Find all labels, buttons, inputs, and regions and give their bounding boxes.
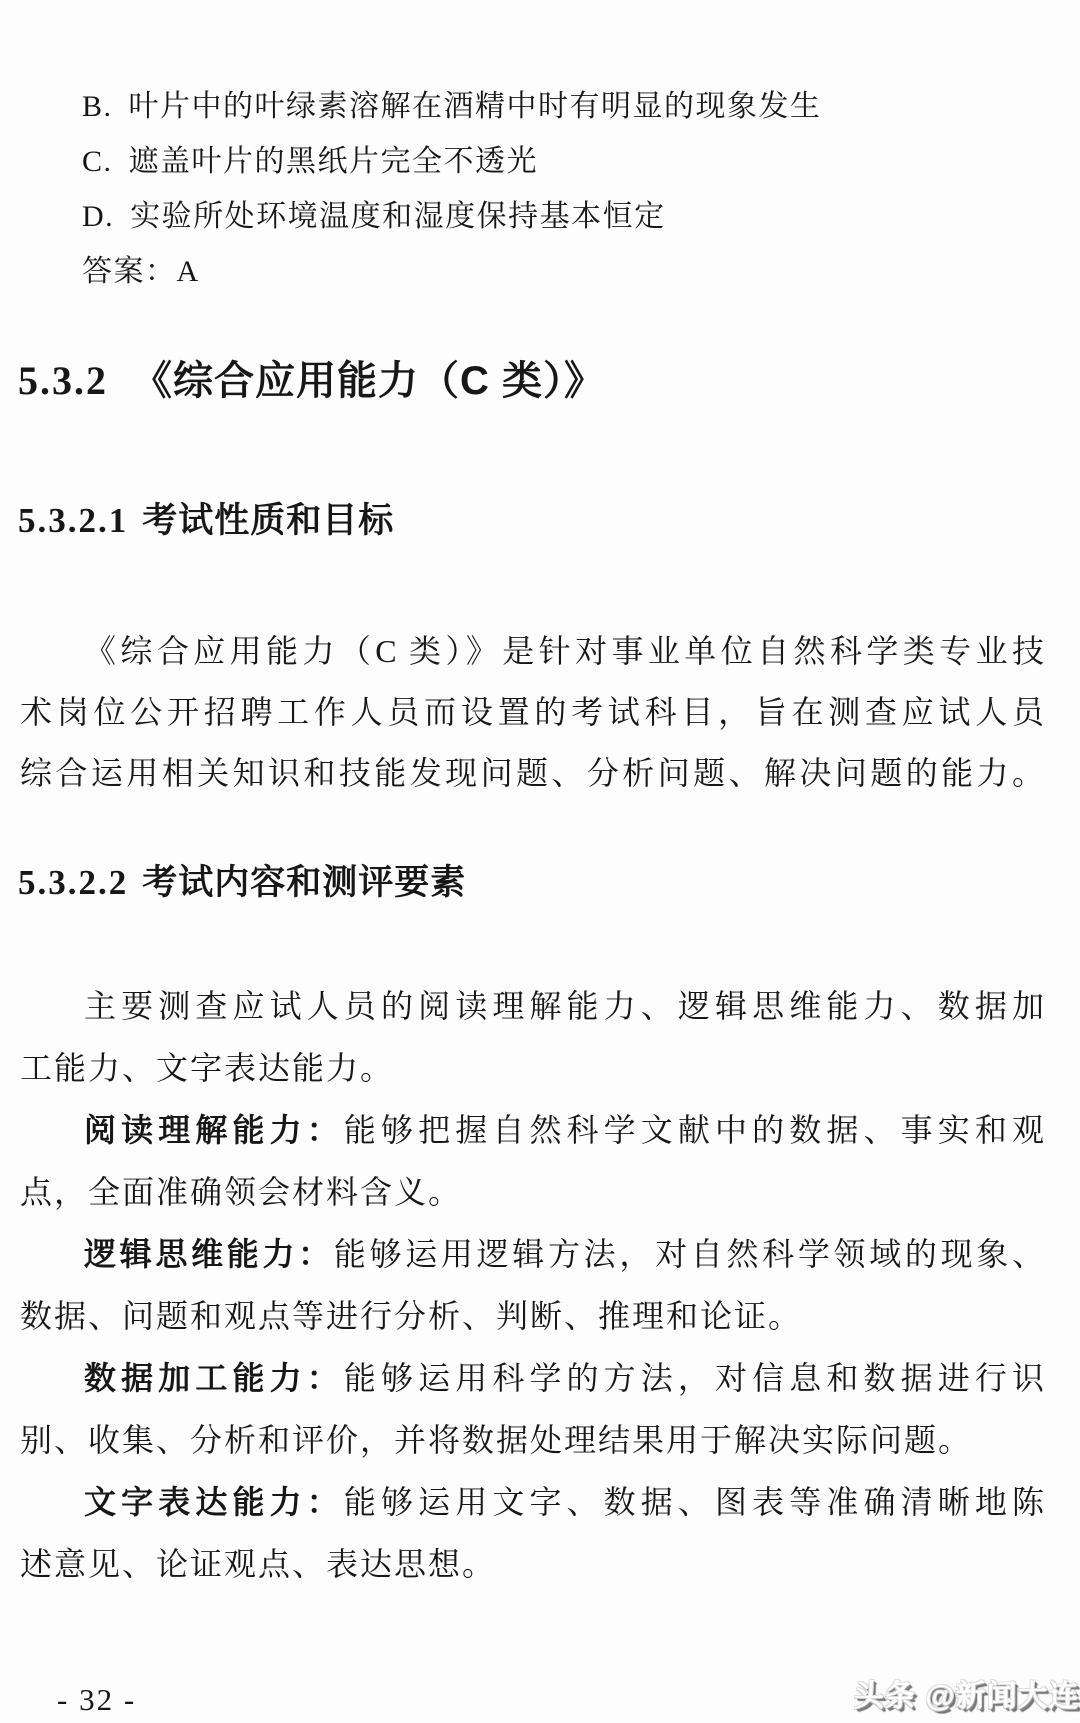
body-text-line: 点，全面准确领会材料含义。 [20, 1161, 1044, 1223]
option-row-b: B.叶片中的叶绿素溶解在酒精中时有明显的现象发生 [82, 79, 1045, 134]
ability-term: 阅读理解能力： [84, 1112, 344, 1148]
ability-term: 数据加工能力： [84, 1360, 344, 1396]
heading-title: 考试内容和测评要素 [142, 863, 466, 902]
body-text-line: 数据加工能力：能够运用科学的方法，对信息和数据进行识 [20, 1347, 1044, 1409]
body-text: 点，全面准确领会材料含义。 [20, 1174, 462, 1210]
option-label: B. [82, 79, 113, 134]
body-text-line: 文字表达能力：能够运用文字、数据、图表等准确清晰地陈 [20, 1471, 1044, 1533]
option-row-c: C.遮盖叶片的黑纸片完全不透光 [82, 134, 1045, 189]
body-text-line: 述意见、论证观点、表达思想。 [20, 1533, 1044, 1595]
body-text: 主要测查应试人员的阅读理解能力、逻辑思维能力、数据加 [84, 988, 1044, 1024]
heading-number: 5.3.2.2 [18, 863, 128, 902]
ability-term: 文字表达能力： [84, 1484, 344, 1520]
body-text: 能够运用逻辑方法，对自然科学领域的现象、 [334, 1236, 1044, 1272]
option-text: 遮盖叶片的黑纸片完全不透光 [129, 145, 539, 178]
body-text-line: 综合运用相关知识和技能发现问题、分析问题、解决问题的能力。 [20, 743, 1044, 804]
body-text: 能够运用文字、数据、图表等准确清晰地陈 [344, 1484, 1044, 1520]
heading-title: 《综合应用能力（C 类）》 [132, 359, 605, 403]
body-text-line: 《综合应用能力（C 类）》是针对事业单位自然科学类专业技 [20, 621, 1044, 682]
section-heading-5322: 5.3.2.2考试内容和测评要素 [18, 861, 466, 905]
option-row-d: D.实验所处环境温度和湿度保持基本恒定 [82, 189, 1045, 244]
option-text: 叶片中的叶绿素溶解在酒精中时有明显的现象发生 [129, 90, 822, 123]
body-text-line: 阅读理解能力：能够把握自然科学文献中的数据、事实和观 [20, 1099, 1044, 1161]
body-text-line: 别、收集、分析和评价，并将数据处理结果用于解决实际问题。 [20, 1409, 1044, 1471]
answer-line: 答案：A [82, 244, 1045, 299]
body-text: 述意见、论证观点、表达思想。 [20, 1546, 496, 1582]
body-text: 工能力、文字表达能力。 [20, 1050, 394, 1086]
body-text-line: 数据、问题和观点等进行分析、判断、推理和论证。 [20, 1285, 1044, 1347]
section-heading-532: 5.3.2《综合应用能力（C 类）》 [18, 356, 605, 406]
body-text: 数据、问题和观点等进行分析、判断、推理和论证。 [20, 1298, 802, 1334]
heading-title: 考试性质和目标 [142, 501, 394, 540]
body-text: 别、收集、分析和评价，并将数据处理结果用于解决实际问题。 [20, 1422, 972, 1458]
question-options-block: B.叶片中的叶绿素溶解在酒精中时有明显的现象发生 C.遮盖叶片的黑纸片完全不透光… [82, 79, 1045, 299]
ability-term: 逻辑思维能力： [84, 1236, 334, 1272]
body-text-line: 逻辑思维能力：能够运用逻辑方法，对自然科学领域的现象、 [20, 1223, 1044, 1285]
option-label: C. [82, 134, 113, 189]
body-text: 能够把握自然科学文献中的数据、事实和观 [344, 1112, 1044, 1148]
heading-number: 5.3.2.1 [18, 501, 128, 540]
document-page: B.叶片中的叶绿素溶解在酒精中时有明显的现象发生 C.遮盖叶片的黑纸片完全不透光… [0, 0, 1080, 1723]
option-label: D. [82, 189, 114, 244]
body-text-line: 术岗位公开招聘工作人员而设置的考试科目，旨在测查应试人员 [20, 682, 1044, 743]
heading-number: 5.3.2 [18, 358, 108, 403]
option-text: 实验所处环境温度和湿度保持基本恒定 [130, 200, 666, 233]
paragraph-exam-purpose: 《综合应用能力（C 类）》是针对事业单位自然科学类专业技 术岗位公开招聘工作人员… [20, 621, 1044, 804]
paragraph-abilities: 主要测查应试人员的阅读理解能力、逻辑思维能力、数据加 工能力、文字表达能力。 阅… [20, 975, 1044, 1595]
body-text-line: 主要测查应试人员的阅读理解能力、逻辑思维能力、数据加 [20, 975, 1044, 1037]
page-number: - 32 - [57, 1682, 136, 1718]
body-text: 能够运用科学的方法，对信息和数据进行识 [344, 1360, 1044, 1396]
toutiao-watermark: 头条 @新闻大连 [854, 1671, 1080, 1715]
section-heading-5321: 5.3.2.1考试性质和目标 [18, 499, 394, 543]
body-text-line: 工能力、文字表达能力。 [20, 1037, 1044, 1099]
